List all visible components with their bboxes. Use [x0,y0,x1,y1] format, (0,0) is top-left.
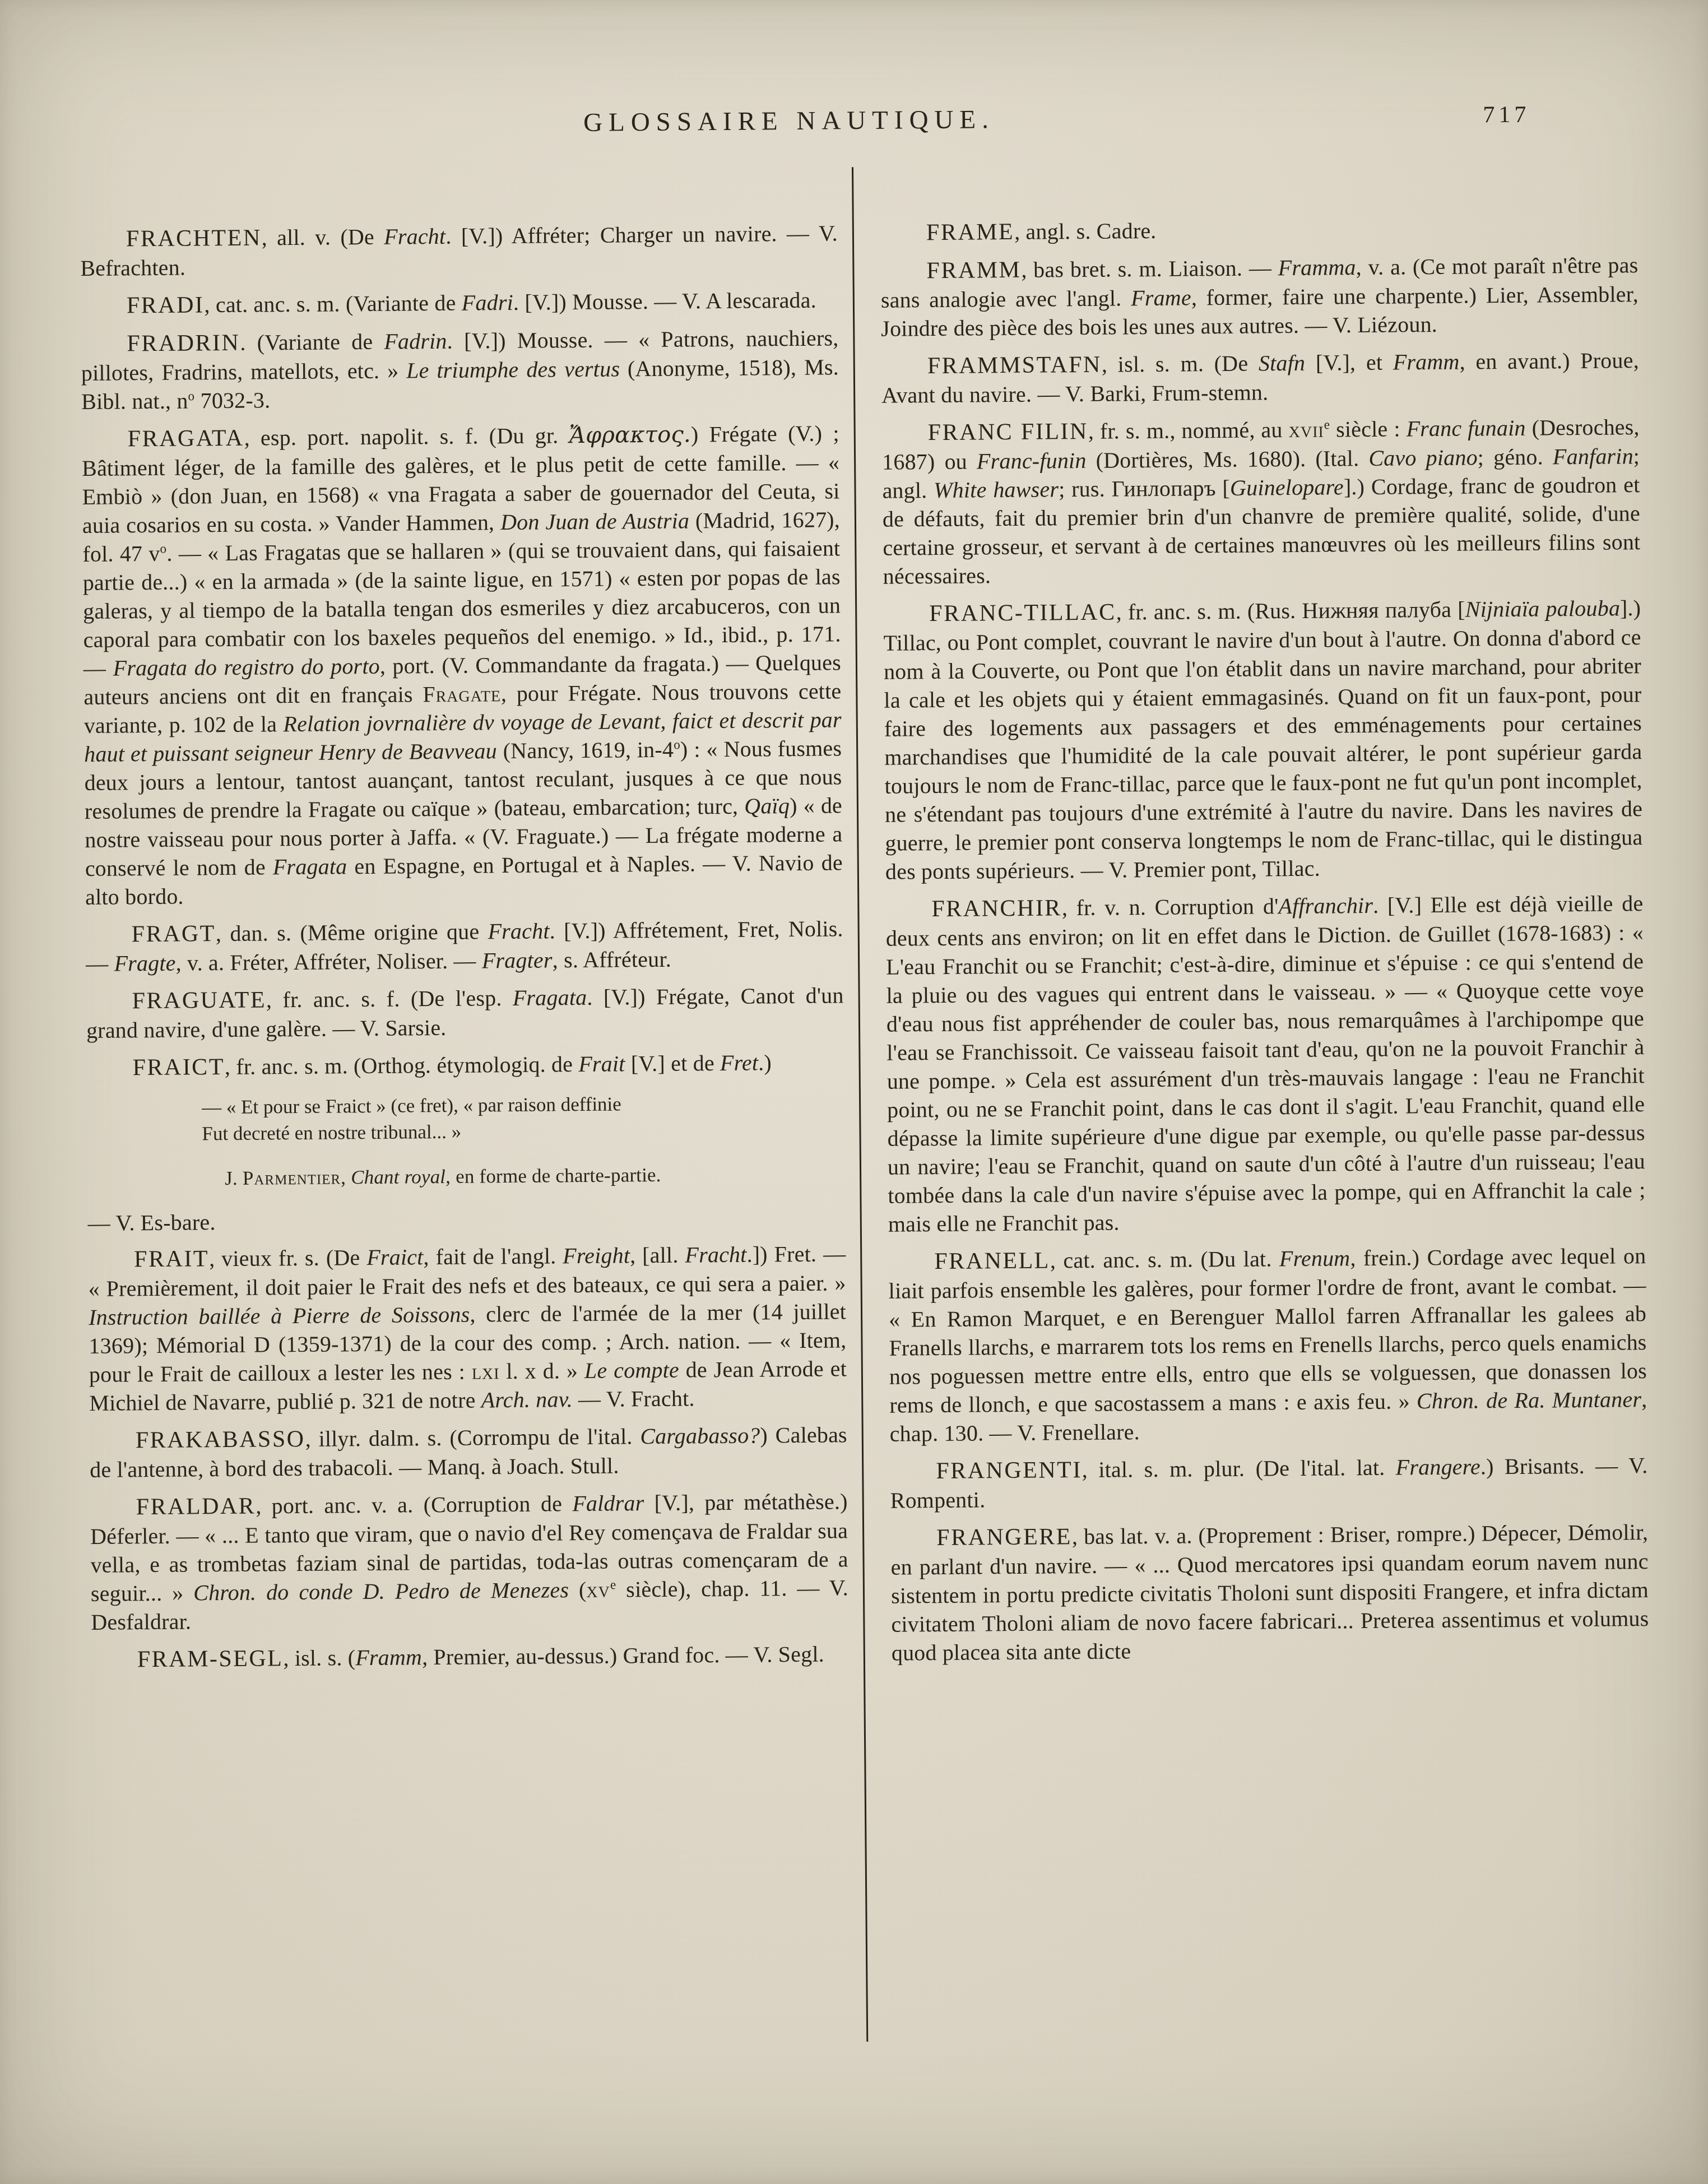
glossary-entry: FRAIT, vieux fr. s. (De Fraict, fait de … [88,1239,847,1417]
glossary-entry: FRANCHIR, fr. v. n. Corruption d'Affranc… [885,889,1646,1239]
attrib-block: J. Parmentier, Chant royal, en forme de … [225,1161,845,1191]
glossary-entry: FRANGERE, bas lat. v. a. (Proprement : B… [890,1518,1649,1667]
glossary-entry: FRAICT, fr. anc. s. m. (Orthog. étymolog… [86,1047,844,1083]
page-header: GLOSSAIRE NAUTIQUE. 717 [79,78,1644,225]
glossary-entry: FRAME, angl. s. Cadre. [880,212,1638,248]
glossary-entry: FRAGUATE, fr. anc. s. f. (De l'esp. Frag… [86,981,844,1045]
glossary-entry: FRAM-SEGL, isl. s. (Framm, Premier, au-d… [91,1639,849,1675]
glossary-entry: FRAGT, dan. s. (Même origine que Fracht.… [86,914,844,978]
glossary-entry: FRAGATA, esp. port. napolit. s. f. (Du g… [82,419,843,911]
page-title: GLOSSAIRE NAUTIQUE. [583,104,995,138]
verse-block: — « Et pour se Fraict » (ce fret), « par… [202,1089,845,1147]
scanned-book-page: GLOSSAIRE NAUTIQUE. 717 FRACHTEN, all. v… [0,0,1708,2184]
verse-line: Fut decreté en nostre tribunal... » [202,1115,844,1147]
page-number: 717 [1483,101,1530,129]
glossary-entry: FRANC-TILLAC, fr. anc. s. m. (Rus. Нижня… [883,593,1643,886]
glossary-entry: FRAKABASSO, illyr. dalm. s. (Corrompu de… [90,1420,848,1484]
plain-block: — V. Es-bare. [88,1203,846,1237]
glossary-entry: FRACHTEN, all. v. (De Fracht. [V.]) Affr… [80,219,838,282]
glossary-entry: FRANC FILIN, fr. s. m., nommé, au xviie … [882,412,1641,591]
glossary-entry: FRAMM, bas bret. s. m. Liaison. — Framma… [880,251,1639,343]
left-column: FRACHTEN, all. v. (De Fracht. [V.]) Affr… [80,219,849,1684]
glossary-entry: FRANGENTI, ital. s. m. plur. (De l'ital.… [890,1451,1648,1515]
glossary-entry: FRAMMSTAFN, isl. s. m. (De Stafn [V.], e… [881,346,1640,410]
page-content: GLOSSAIRE NAUTIQUE. 717 FRACHTEN, all. v… [79,78,1655,1684]
glossary-entry: FRANELL, cat. anc. s. m. (Du lat. Frenum… [888,1241,1647,1448]
glossary-entry: FRADI, cat. anc. s. m. (Variante de Fadr… [81,285,838,321]
right-column: FRAME, angl. s. Cadre.FRAMM, bas bret. s… [880,212,1649,1677]
columns: FRACHTEN, all. v. (De Fracht. [V.]) Affr… [80,212,1655,1684]
glossary-entry: FRADRIN. (Variante de Fadrin. [V.]) Mous… [81,323,839,416]
glossary-entry: FRALDAR, port. anc. v. a. (Corruption de… [90,1487,849,1636]
